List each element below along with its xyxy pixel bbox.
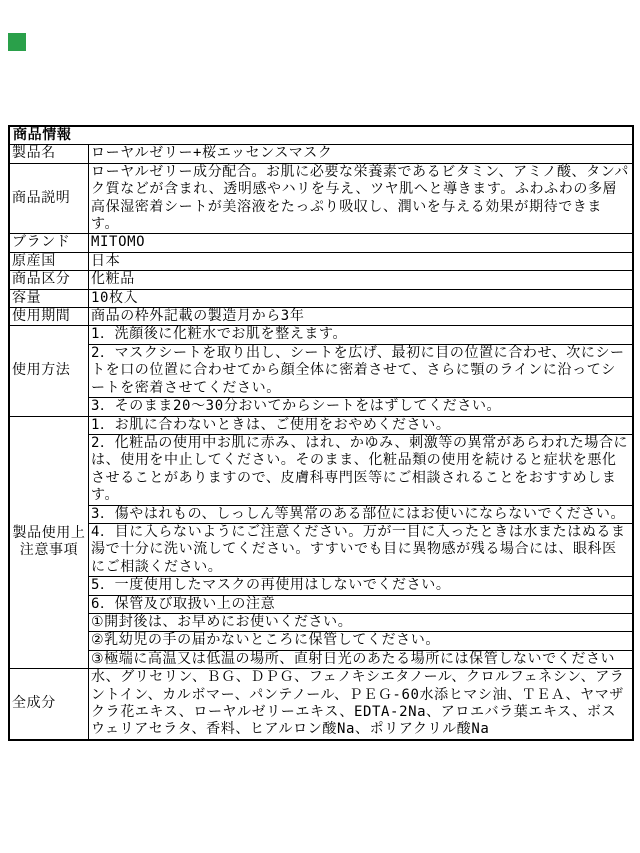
row-value-line: 化粧品: [89, 271, 632, 288]
row-label: 全成分: [10, 669, 89, 739]
row-content: 化粧品: [89, 271, 632, 288]
green-marker-icon: [8, 33, 26, 51]
row-value-line: 2．マスクシートを取り出し、シートを広げ、最初に目の位置に合わせ、次にシートを口…: [89, 344, 632, 397]
row-value-line: 1．お肌に合わないときは、ご使用をおやめください。: [89, 417, 632, 434]
row-label: 製品使用上 注意事項: [10, 417, 89, 669]
row-label: 原産国: [10, 253, 89, 270]
table-body: 製品名ローヤルゼリー+桜エッセンスマスク商品説明ローヤルゼリー成分配合。お肌に必…: [10, 144, 632, 738]
table-row: 全成分水、グリセリン、ＢＧ、ＤＰＧ、フェノキシエタノール、クロルフェネシン、アラ…: [10, 668, 632, 739]
row-value-line: 5．一度使用したマスクの再使用はしないでください。: [89, 576, 632, 594]
table-row: 使用期間商品の枠外記載の製造月から3年: [10, 307, 632, 325]
table-title: 商品情報: [10, 127, 632, 144]
table-row: 原産国日本: [10, 252, 632, 270]
table-row: 容量10枚入: [10, 289, 632, 307]
row-value-line: ③極端に高温又は低温の場所、直射日光のあたる場所には保管しないでください: [89, 650, 632, 668]
row-value-line: 日本: [89, 253, 632, 270]
row-content: ローヤルゼリー成分配合。お肌に必要な栄養素であるビタミン、アミノ酸、タンパク質な…: [89, 164, 632, 234]
row-label: 使用方法: [10, 326, 89, 415]
row-content: 商品の枠外記載の製造月から3年: [89, 308, 632, 325]
row-label: 使用期間: [10, 308, 89, 325]
table-row: 商品説明ローヤルゼリー成分配合。お肌に必要な栄養素であるビタミン、アミノ酸、タン…: [10, 163, 632, 234]
row-label: 商品説明: [10, 164, 89, 234]
product-info-page: { "page": { "accent_color": "#2aa04a" },…: [0, 0, 640, 853]
row-content: 1．洗顔後に化粧水でお肌を整えます。2．マスクシートを取り出し、シートを広げ、最…: [89, 326, 632, 415]
row-content: 日本: [89, 253, 632, 270]
row-value-line: 水、グリセリン、ＢＧ、ＤＰＧ、フェノキシエタノール、クロルフェネシン、アラントイ…: [89, 669, 632, 739]
row-label: ブランド: [10, 234, 89, 251]
row-value-line: 商品の枠外記載の製造月から3年: [89, 308, 632, 325]
row-value-line: ローヤルゼリー成分配合。お肌に必要な栄養素であるビタミン、アミノ酸、タンパク質な…: [89, 164, 632, 234]
row-content: MITOMO: [89, 234, 632, 251]
row-value-line: 2．化粧品の使用中お肌に赤み、はれ、かゆみ、刺激等の異常があらわれた場合には、使…: [89, 434, 632, 505]
row-value-line: 3．傷やはれもの、しっしん等異常のある部位にはお使いにならないでください。: [89, 505, 632, 523]
table-row: 商品区分化粧品: [10, 270, 632, 288]
row-value-line: ①開封後は、お早めにお使いください。: [89, 613, 632, 631]
row-value-line: ②乳幼児の手の届かないところに保管してください。: [89, 631, 632, 649]
table-row: 製品名ローヤルゼリー+桜エッセンスマスク: [10, 144, 632, 162]
row-label: 商品区分: [10, 271, 89, 288]
row-label: 製品名: [10, 145, 89, 162]
product-info-table: 商品情報 製品名ローヤルゼリー+桜エッセンスマスク商品説明ローヤルゼリー成分配合…: [8, 125, 634, 741]
row-value-line: 10枚入: [89, 290, 632, 307]
table-row: 使用方法1．洗顔後に化粧水でお肌を整えます。2．マスクシートを取り出し、シートを…: [10, 325, 632, 415]
row-value-line: MITOMO: [89, 234, 632, 251]
table-row: 製品使用上 注意事項1．お肌に合わないときは、ご使用をおやめください。2．化粧品…: [10, 416, 632, 669]
row-content: ローヤルゼリー+桜エッセンスマスク: [89, 145, 632, 162]
row-value-line: 3．そのまま20～30分おいてからシートをはずしてください。: [89, 397, 632, 415]
row-value-line: 1．洗顔後に化粧水でお肌を整えます。: [89, 326, 632, 343]
table-row: ブランドMITOMO: [10, 233, 632, 251]
row-value-line: 4．目に入らないようにご注意ください。万が一目に入ったときは水またはぬるま湯で十…: [89, 523, 632, 576]
row-content: 1．お肌に合わないときは、ご使用をおやめください。2．化粧品の使用中お肌に赤み、…: [89, 417, 632, 669]
row-content: 10枚入: [89, 290, 632, 307]
row-value-line: ローヤルゼリー+桜エッセンスマスク: [89, 145, 632, 162]
row-content: 水、グリセリン、ＢＧ、ＤＰＧ、フェノキシエタノール、クロルフェネシン、アラントイ…: [89, 669, 632, 739]
row-value-line: 6．保管及び取扱い上の注意: [89, 595, 632, 613]
row-label: 容量: [10, 290, 89, 307]
